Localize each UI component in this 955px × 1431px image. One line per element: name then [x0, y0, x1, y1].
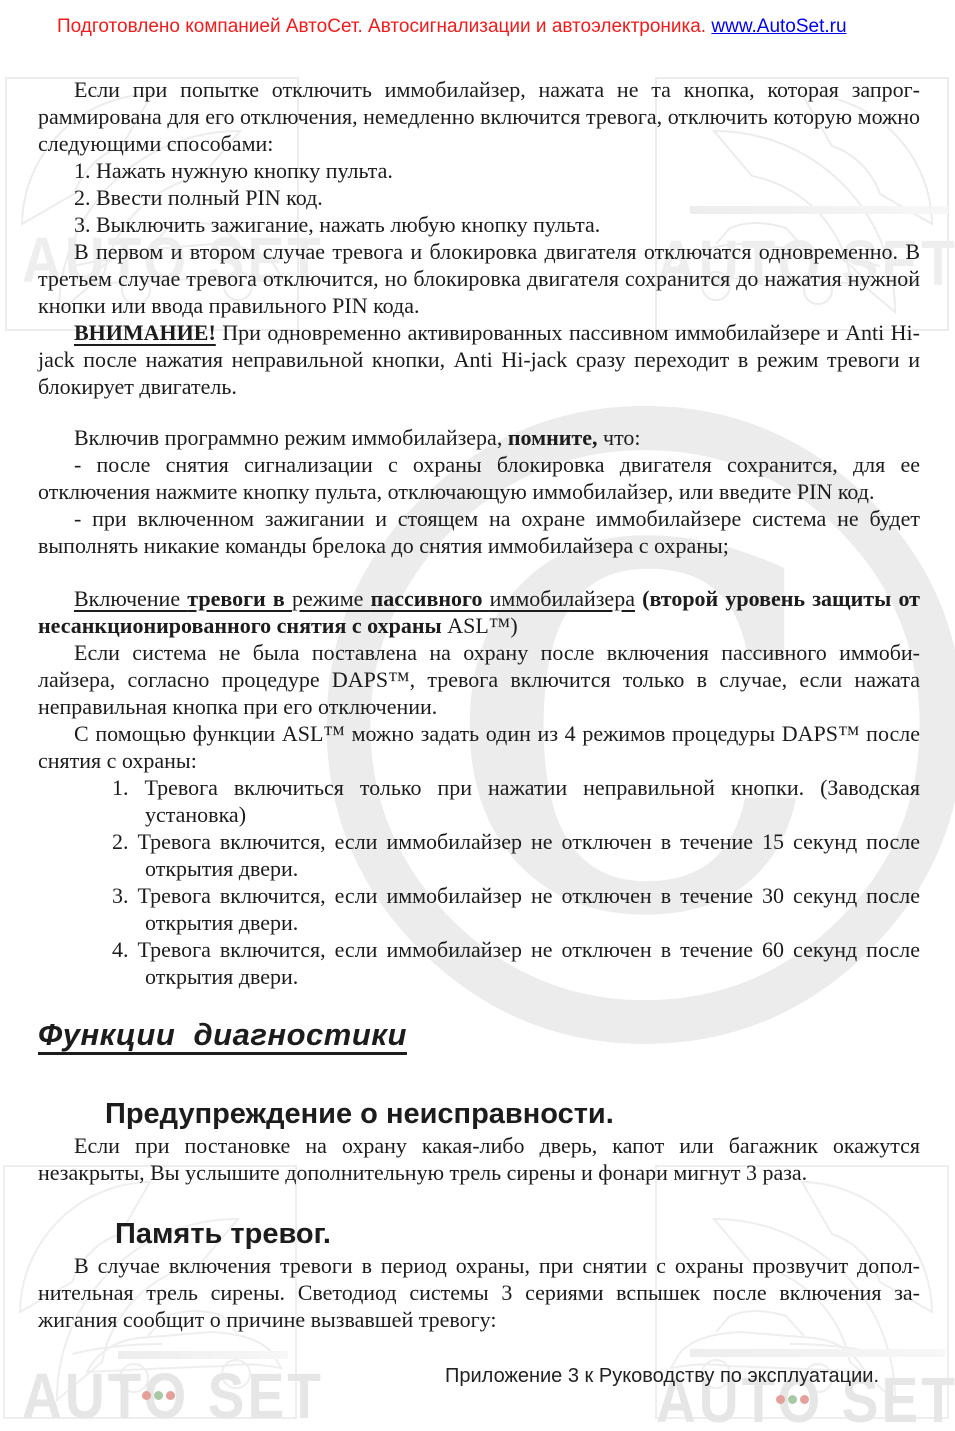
- remember-before: Включив программно режим иммобилайзера,: [74, 425, 508, 450]
- list-item-2: 2. Ввести полный PIN код.: [74, 184, 920, 211]
- daps-mode-2: 2. Тревога включится, если иммобилайзер …: [145, 828, 920, 882]
- daps-mode-4: 4. Тревога включится, если иммобилайзер …: [145, 936, 920, 990]
- list-item-3: 3. Выключить зажигание, нажать любую кно…: [74, 211, 920, 238]
- paragraph-asl-heading: Включение тревоги в режиме пассивного им…: [38, 585, 920, 639]
- asl-heading-seg-bold: тревоги в: [187, 586, 292, 611]
- document-body: Если при попытке отключить иммобилайзер,…: [38, 76, 920, 1389]
- list-daps-modes: 1. Тревога включиться только при нажатии…: [38, 774, 920, 990]
- remember-bold: помните,: [508, 425, 598, 450]
- paragraph-alarm-memory: В случае включения тревоги в период охра…: [38, 1252, 920, 1333]
- list-item-1: 1. Нажать нужную кнопку пульта.: [74, 157, 920, 184]
- daps-mode-3: 3. Тревога включится, если иммобилайзер …: [145, 882, 920, 936]
- remember-after: что:: [598, 425, 641, 450]
- daps-mode-1: 1. Тревога включиться только при нажатии…: [145, 774, 920, 828]
- asl-heading-seg: режиме: [292, 586, 371, 611]
- page-content: Подготовлено компанией АвтоСет. Автосигн…: [0, 0, 955, 1431]
- asl-heading-tail: ASL™): [447, 613, 517, 638]
- paragraph-dash-2: - при включенном зажигании и стоящем на …: [38, 505, 920, 559]
- header-link[interactable]: www.AutoSet.ru: [711, 16, 846, 37]
- paragraph-if-system: Если система не была поставлена на охран…: [38, 639, 920, 720]
- paragraph-attention: ВНИМАНИЕ! При одновременно активированны…: [38, 319, 920, 400]
- header-text: Подготовлено компанией АвтоСет. Автосигн…: [57, 16, 711, 37]
- paragraph-dash-1: - после снятия сигнализации с охраны бло…: [38, 451, 920, 505]
- asl-heading-seg: Включение: [74, 586, 187, 611]
- paragraph-malfunction-warning: Если при постановке на охрану какая-либо…: [38, 1132, 920, 1186]
- list-unlock-methods: 1. Нажать нужную кнопку пульта. 2. Ввест…: [38, 157, 920, 238]
- attention-label: ВНИМАНИЕ!: [74, 320, 216, 345]
- paragraph-asl-modes: С помощью функции ASL™ можно задать один…: [38, 720, 920, 774]
- heading-malfunction-warning: Предупреждение о неисправности.: [105, 1096, 920, 1132]
- paragraph-cases: В первом и втором случае тревога и блоки…: [38, 238, 920, 319]
- manual-page: { "colors": { "header_red": "#ee1c1c", "…: [0, 0, 955, 1431]
- asl-heading-underlined: Включение тревоги в режиме пассивного им…: [74, 586, 635, 611]
- footer-appendix-note: Приложение 3 к Руководству по эксплуатац…: [445, 1363, 920, 1389]
- asl-heading-seg: иммобилайзера: [490, 586, 635, 611]
- asl-heading-seg-bold: пассивного: [371, 586, 490, 611]
- heading-alarm-memory: Память тревог.: [115, 1216, 920, 1252]
- page-header: Подготовлено компанией АвтоСет. Автосигн…: [57, 14, 917, 40]
- paragraph-remember: Включив программно режим иммобилайзера, …: [38, 424, 920, 451]
- section-title-diagnostics: Функции диагностики: [38, 1016, 920, 1054]
- paragraph-intro: Если при попытке отключить иммобилайзер,…: [38, 76, 920, 157]
